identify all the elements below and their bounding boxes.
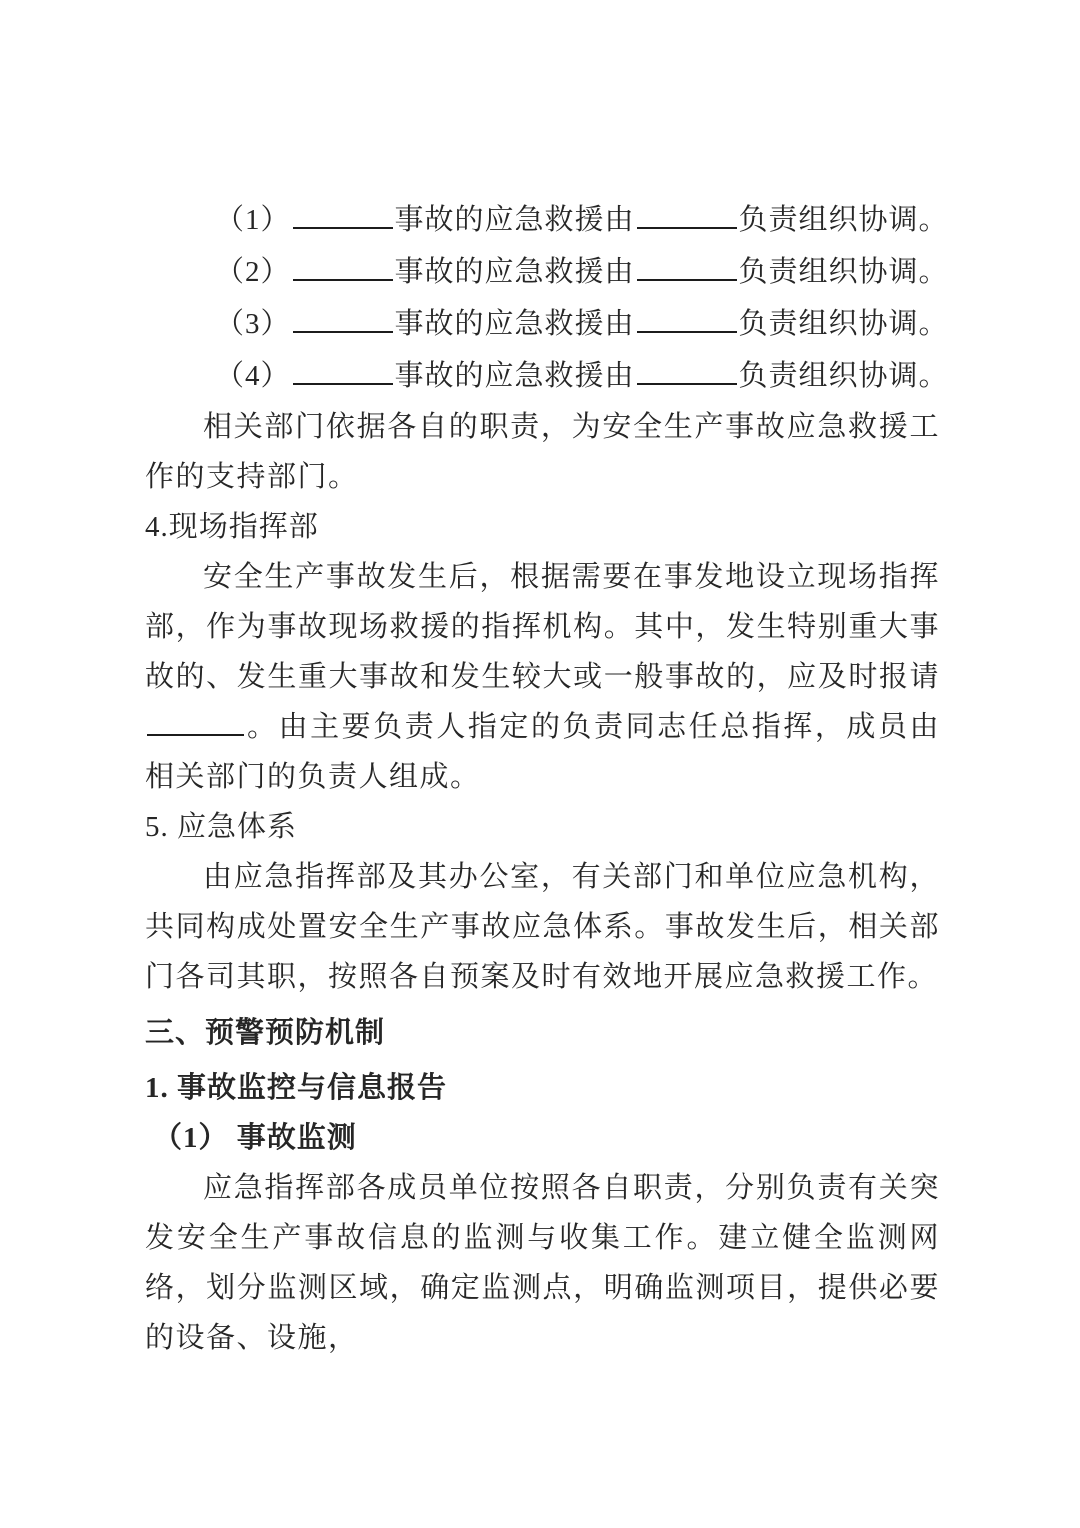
fill-in-blank-line (293, 198, 393, 229)
heading-section-three-warning-prevention: 三、预警预防机制 (145, 1008, 940, 1058)
numbered-fill-in-list: （1）事故的应急救援由负责组织协调。（2）事故的应急救援由负责组织协调。（3）事… (145, 194, 940, 402)
fill-in-blank-line (147, 705, 244, 736)
list-item-number: （1） (215, 204, 291, 236)
list-item-number: （2） (215, 256, 291, 288)
fill-in-blank-line (293, 354, 393, 385)
list-item-text: 负责组织协调。 (739, 256, 949, 288)
heading-emergency-system: 5. 应急体系 (145, 802, 940, 852)
fill-in-blank-line (293, 250, 393, 281)
list-item-text: 事故的应急救援由 (395, 308, 635, 340)
document-page: （1）事故的应急救援由负责组织协调。（2）事故的应急救援由负责组织协调。（3）事… (0, 0, 1080, 1528)
list-item: （1）事故的应急救援由负责组织协调。 (145, 194, 940, 246)
list-item: （4）事故的应急救援由负责组织协调。 (145, 350, 940, 402)
paragraph-monitoring: 应急指挥部各成员单位按照各自职责，分别负责有关突发安全生产事故信息的监测与收集工… (145, 1163, 940, 1363)
fill-in-blank-line (637, 354, 737, 385)
fill-in-blank-line (293, 302, 393, 333)
paragraph-site-command-text-before: 安全生产事故发生后，根据需要在事发地设立现场指挥部，作为事故现场救援的指挥机构。… (145, 561, 940, 693)
list-item: （2）事故的应急救援由负责组织协调。 (145, 246, 940, 298)
fill-in-blank-line (637, 198, 737, 229)
paragraph-emergency-system: 由应急指挥部及其办公室，有关部门和单位应急机构，共同构成处置安全生产事故应急体系… (145, 852, 940, 1002)
list-item-number: （4） (215, 360, 291, 392)
list-item-text: 事故的应急救援由 (395, 360, 635, 392)
heading-accident-monitoring: （1） 事故监测 (145, 1113, 940, 1163)
heading-monitor-and-report: 1. 事故监控与信息报告 (145, 1063, 940, 1113)
paragraph-site-command-text-after: 。由主要负责人指定的负责同志任总指挥，成员由相关部门的负责人组成。 (145, 711, 940, 793)
list-item-text: 负责组织协调。 (739, 204, 949, 236)
fill-in-blank-line (637, 302, 737, 333)
list-item-text: 事故的应急救援由 (395, 256, 635, 288)
list-item-text: 负责组织协调。 (739, 308, 949, 340)
paragraph-support-departments: 相关部门依据各自的职责，为安全生产事故应急救援工作的支持部门。 (145, 402, 940, 502)
list-item-text: 负责组织协调。 (739, 360, 949, 392)
heading-site-command: 4.现场指挥部 (145, 502, 940, 552)
list-item-number: （3） (215, 308, 291, 340)
document-content: （1）事故的应急救援由负责组织协调。（2）事故的应急救援由负责组织协调。（3）事… (145, 194, 940, 1363)
list-item: （3）事故的应急救援由负责组织协调。 (145, 298, 940, 350)
list-item-text: 事故的应急救援由 (395, 204, 635, 236)
paragraph-site-command: 安全生产事故发生后，根据需要在事发地设立现场指挥部，作为事故现场救援的指挥机构。… (145, 552, 940, 802)
fill-in-blank-line (637, 250, 737, 281)
